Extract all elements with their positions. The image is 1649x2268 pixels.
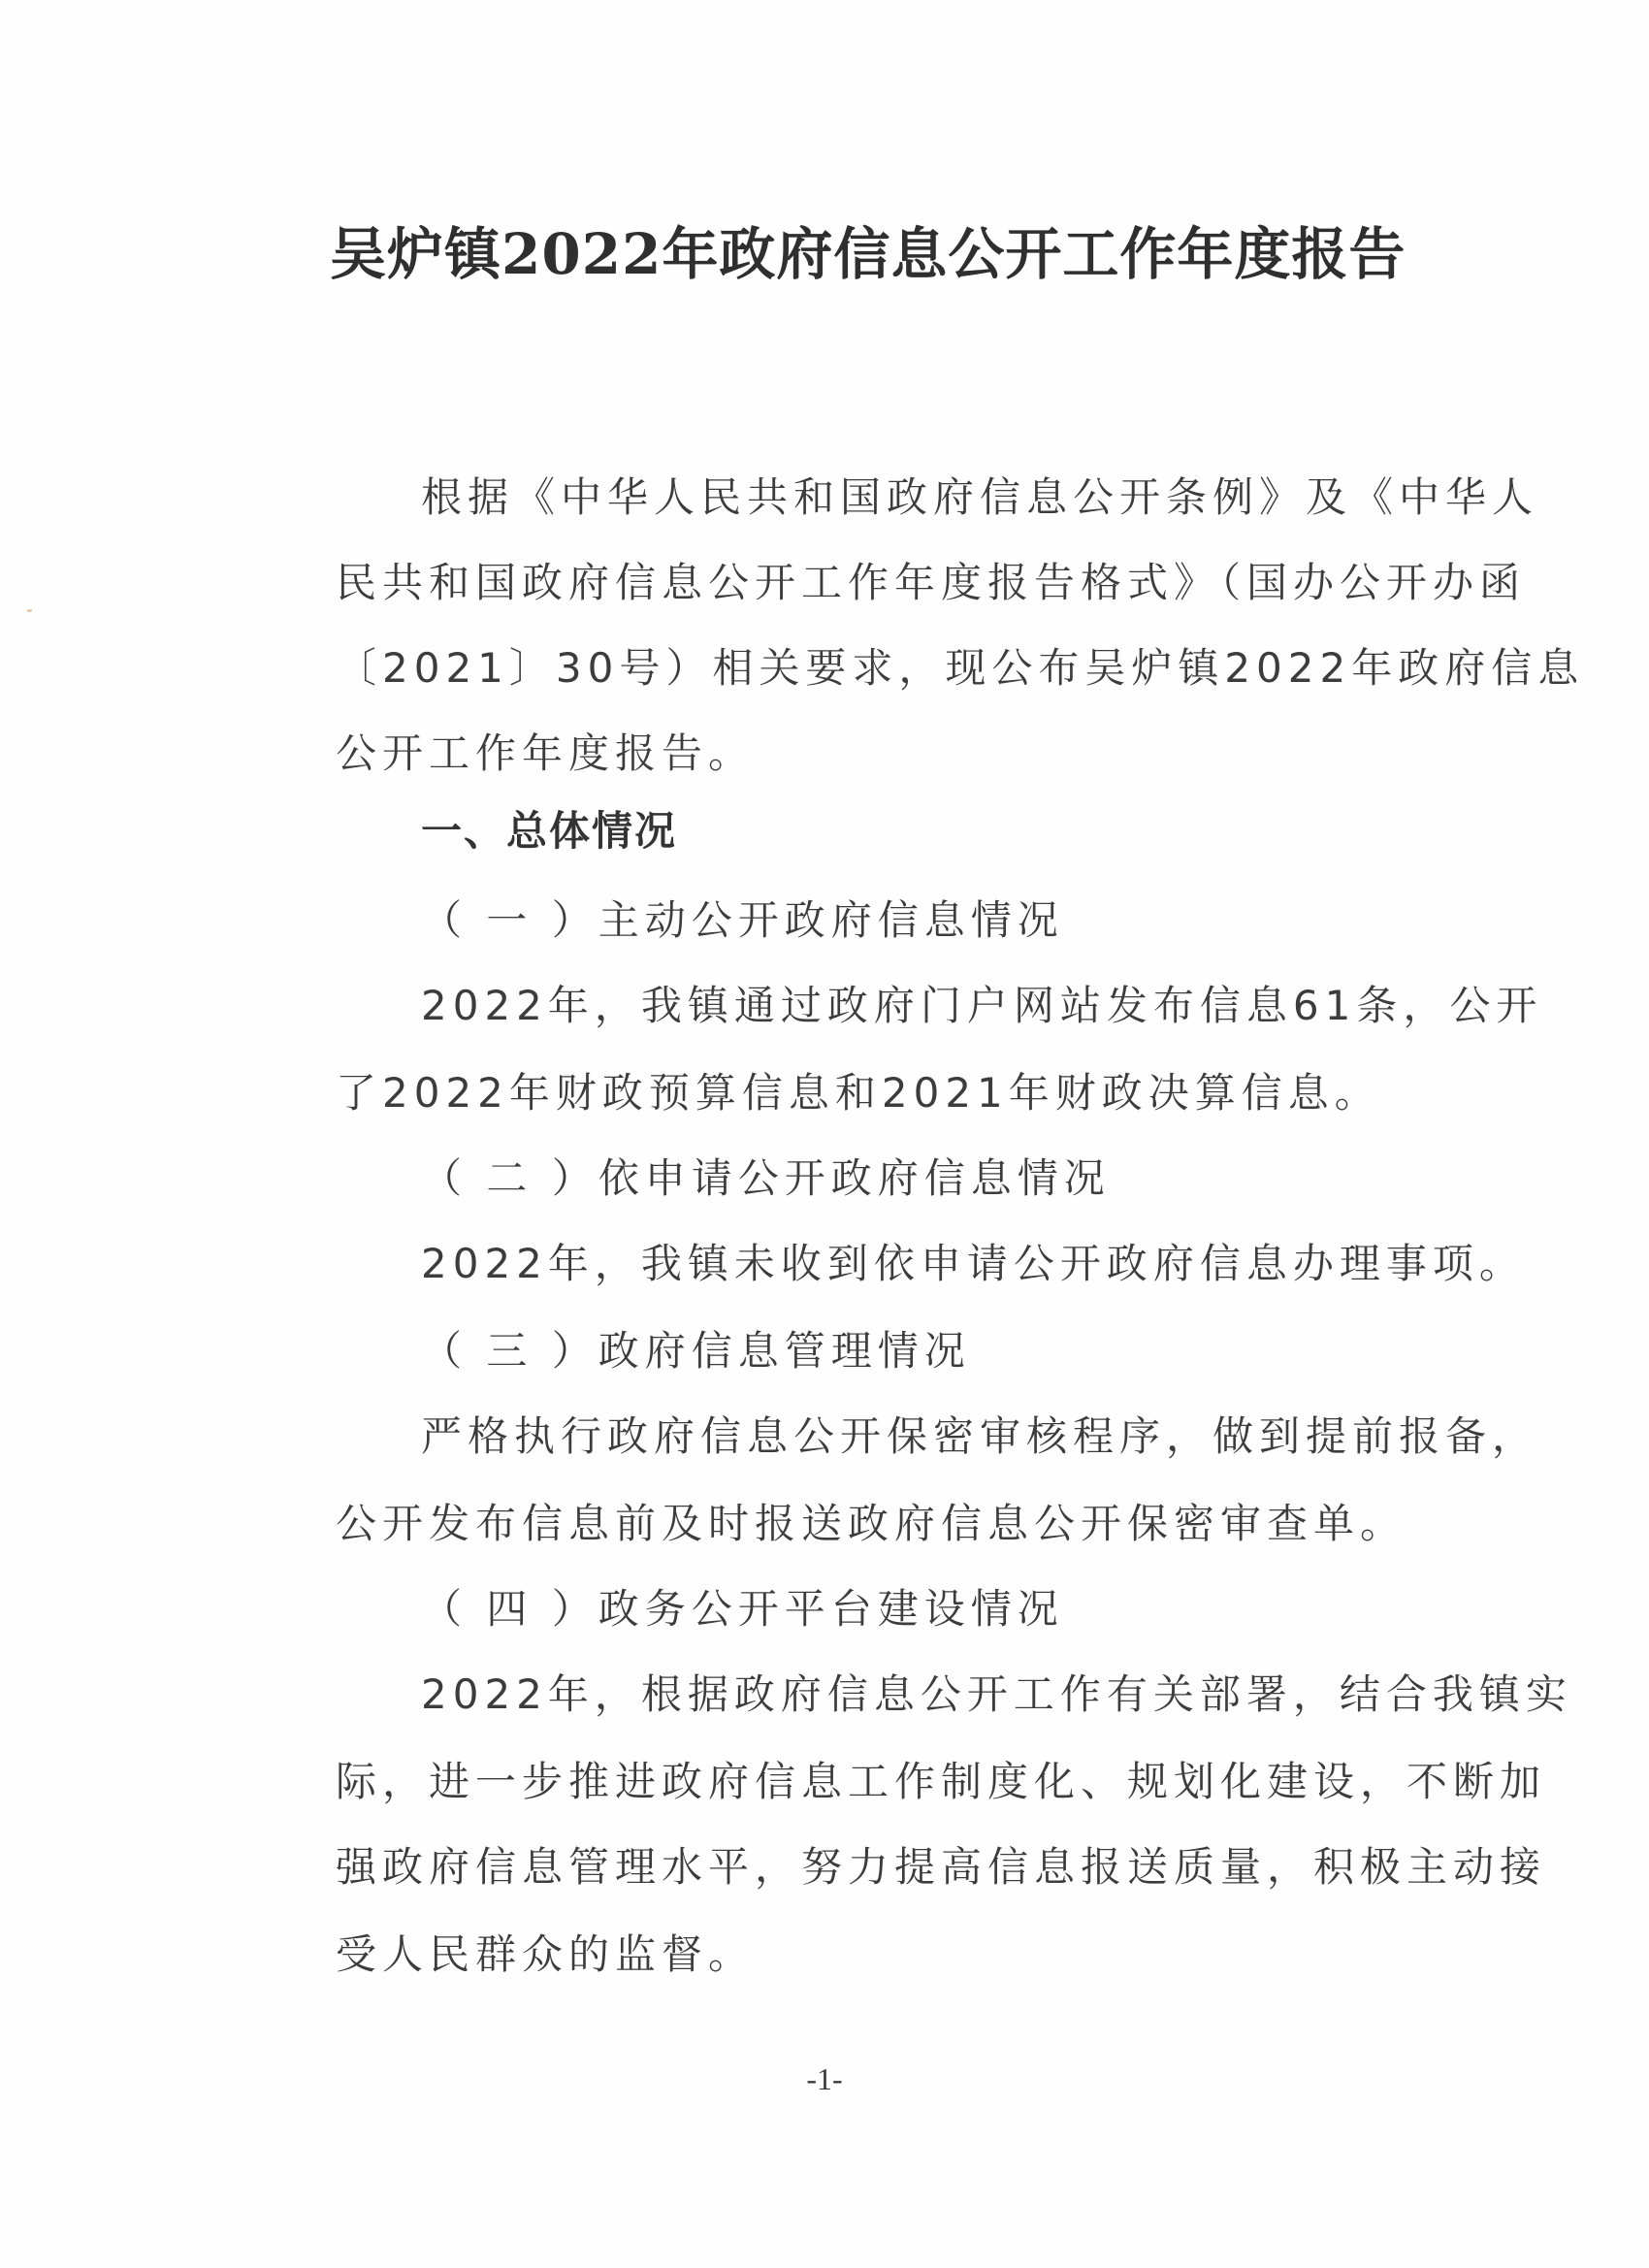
- paragraph-line: 际，进一步推进政府信息工作制度化、规划化建设，不断加: [336, 1762, 1546, 1802]
- page-number: -1-: [0, 2061, 1649, 2097]
- intro-line-2: 民共和国政府信息公开工作年度报告格式》（国办公开办函: [336, 563, 1526, 603]
- paragraph-line: 了2022年财政预算信息和2021年财政决算信息。: [336, 1073, 1381, 1114]
- paragraph-line: 2022年，根据政府信息公开工作有关部署，结合我镇实: [421, 1674, 1572, 1715]
- section-heading-overall: 一、总体情况: [421, 811, 677, 852]
- subsection-heading-on-request: （ 二 ）依申请公开政府信息情况: [421, 1158, 1111, 1199]
- subsection-heading-platform: （ 四 ）政务公开平台建设情况: [421, 1589, 1064, 1630]
- paragraph-line: 2022年，我镇通过政府门户网站发布信息61条，公开: [421, 986, 1542, 1026]
- intro-line-1: 根据《中华人民共和国政府信息公开条例》及《中华人: [421, 477, 1538, 518]
- document-page: 吴炉镇2022年政府信息公开工作年度报告 根据《中华人民共和国政府信息公开条例》…: [0, 0, 1649, 2268]
- paragraph-line: 受人民群众的监督。: [336, 1934, 755, 1975]
- intro-line-3: 〔2021〕30号）相关要求，现公布吴炉镇2022年政府信息: [336, 648, 1584, 689]
- document-title: 吴炉镇2022年政府信息公开工作年度报告: [330, 209, 1455, 290]
- paragraph-line: 2022年，我镇未收到依申请公开政府信息办理事项。: [421, 1244, 1526, 1284]
- subsection-heading-proactive: （ 一 ）主动公开政府信息情况: [421, 900, 1064, 941]
- scan-speck: [27, 609, 32, 612]
- subsection-heading-management: （ 三 ）政府信息管理情况: [421, 1331, 971, 1372]
- paragraph-line: 严格执行政府信息公开保密审核程序，做到提前报备，: [421, 1416, 1538, 1457]
- paragraph-line: 强政府信息管理水平，努力提高信息报送质量，积极主动接: [336, 1847, 1546, 1888]
- paragraph-line: 公开发布信息前及时报送政府信息公开保密审查单。: [336, 1504, 1406, 1544]
- intro-line-4: 公开工作年度报告。: [336, 733, 755, 774]
